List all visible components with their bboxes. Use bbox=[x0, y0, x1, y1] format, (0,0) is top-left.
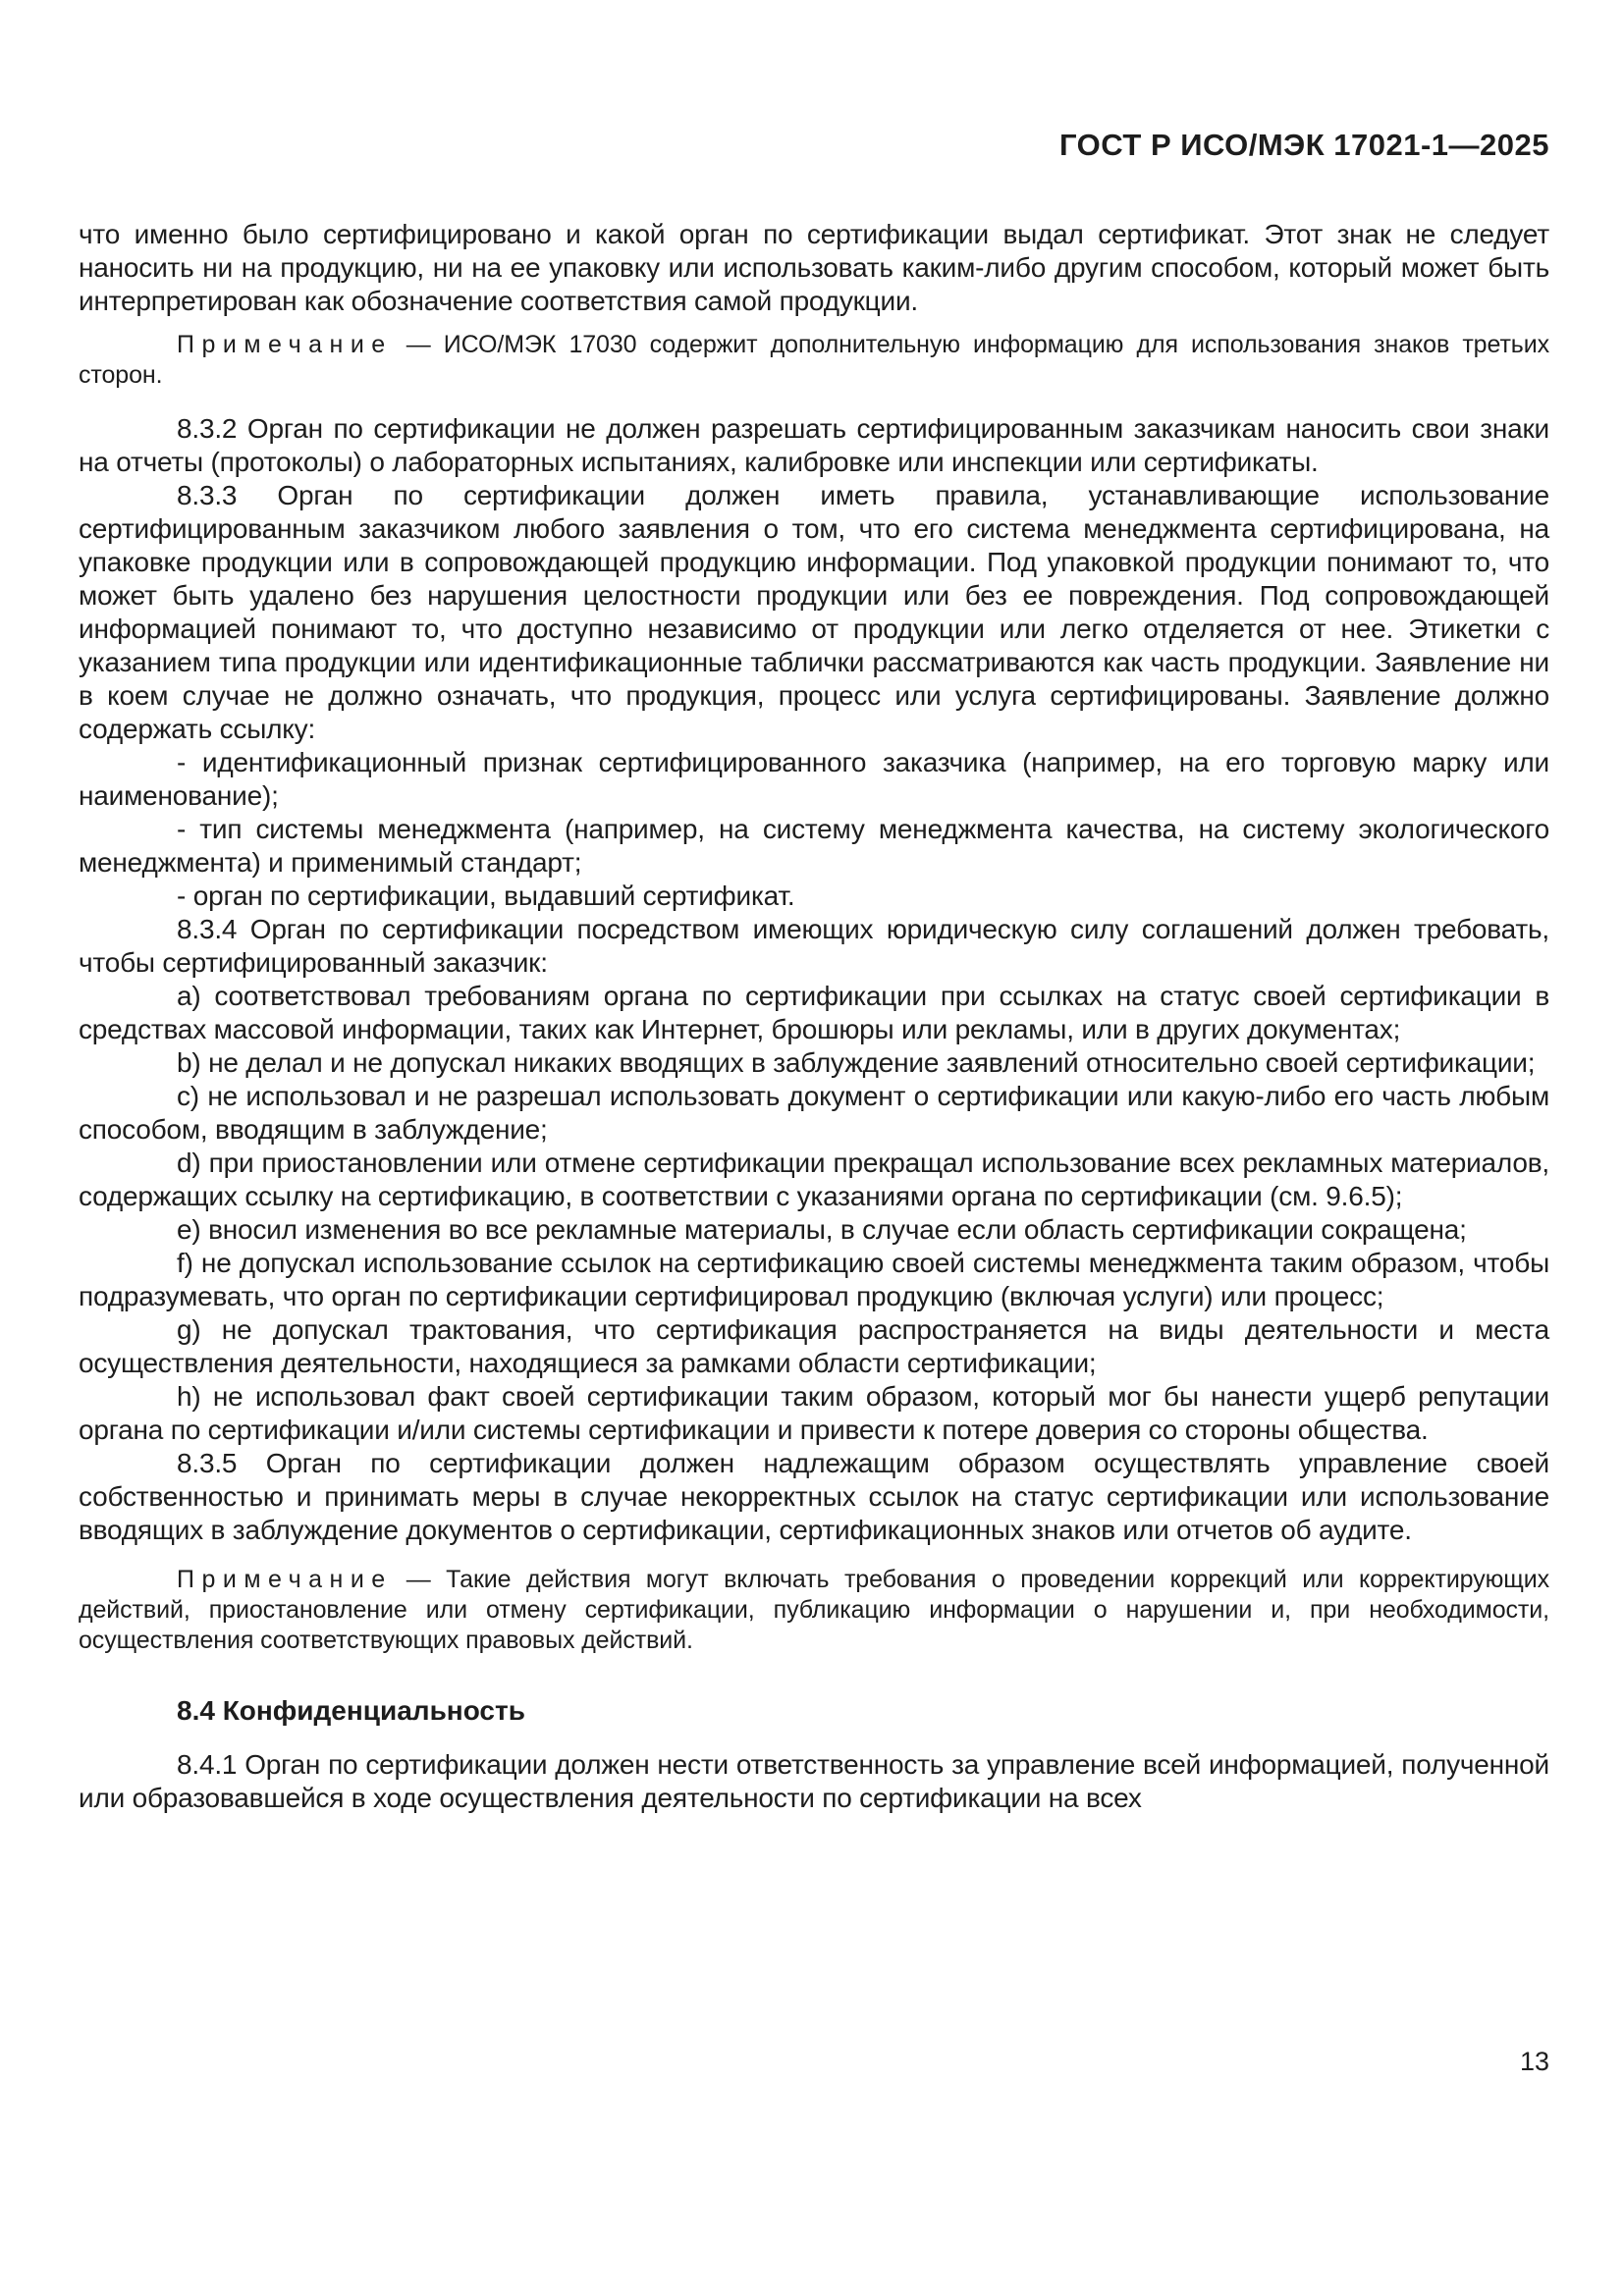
section-heading-8-4: 8.4 Конфиденциальность bbox=[79, 1695, 1549, 1727]
page-body: что именно было сертифицировано и какой … bbox=[79, 218, 1549, 1815]
clause-8-3-3: 8.3.3 Орган по сертификации должен иметь… bbox=[79, 479, 1549, 746]
list-item-b: b) не делал и не допускал никаких вводящ… bbox=[79, 1046, 1549, 1080]
list-item-d: d) при приостановлении или отмене сертиф… bbox=[79, 1147, 1549, 1213]
dash-list-item-cert-body: - орган по сертификации, выдавший сертиф… bbox=[79, 880, 1549, 913]
list-item-h: h) не использовал факт своей сертификаци… bbox=[79, 1380, 1549, 1447]
dash-list-item-identifier: - идентификационный признак сертифициров… bbox=[79, 746, 1549, 813]
note-label: Примечание bbox=[177, 331, 393, 358]
document-page: ГОСТ Р ИСО/МЭК 17021-1—2025 что именно б… bbox=[0, 0, 1624, 2296]
list-item-g: g) не допускал трактования, что сертифик… bbox=[79, 1313, 1549, 1380]
paragraph-continuation: что именно было сертифицировано и какой … bbox=[79, 218, 1549, 318]
dash-list-item-system-type: - тип системы менеджмента (например, на … bbox=[79, 813, 1549, 880]
note-iso-17030: Примечание— ИСО/МЭК 17030 содержит допол… bbox=[79, 330, 1549, 391]
list-item-c: c) не использовал и не разрешал использо… bbox=[79, 1080, 1549, 1147]
note-label: Примечание bbox=[177, 1566, 393, 1593]
running-header: ГОСТ Р ИСО/МЭК 17021-1—2025 bbox=[79, 128, 1549, 163]
clause-8-3-2: 8.3.2 Орган по сертификации не должен ра… bbox=[79, 412, 1549, 479]
clause-8-4-1: 8.4.1 Орган по сертификации должен нести… bbox=[79, 1748, 1549, 1815]
list-item-e: e) вносил изменения во все рекламные мат… bbox=[79, 1213, 1549, 1247]
note-actions: Примечание— Такие действия могут включат… bbox=[79, 1565, 1549, 1656]
clause-8-3-4: 8.3.4 Орган по сертификации посредством … bbox=[79, 913, 1549, 980]
page-number: 13 bbox=[79, 2047, 1549, 2077]
list-item-a: a) соответствовал требованиям органа по … bbox=[79, 980, 1549, 1046]
clause-8-3-5: 8.3.5 Орган по сертификации должен надле… bbox=[79, 1447, 1549, 1547]
list-item-f: f) не допускал использование ссылок на с… bbox=[79, 1247, 1549, 1313]
